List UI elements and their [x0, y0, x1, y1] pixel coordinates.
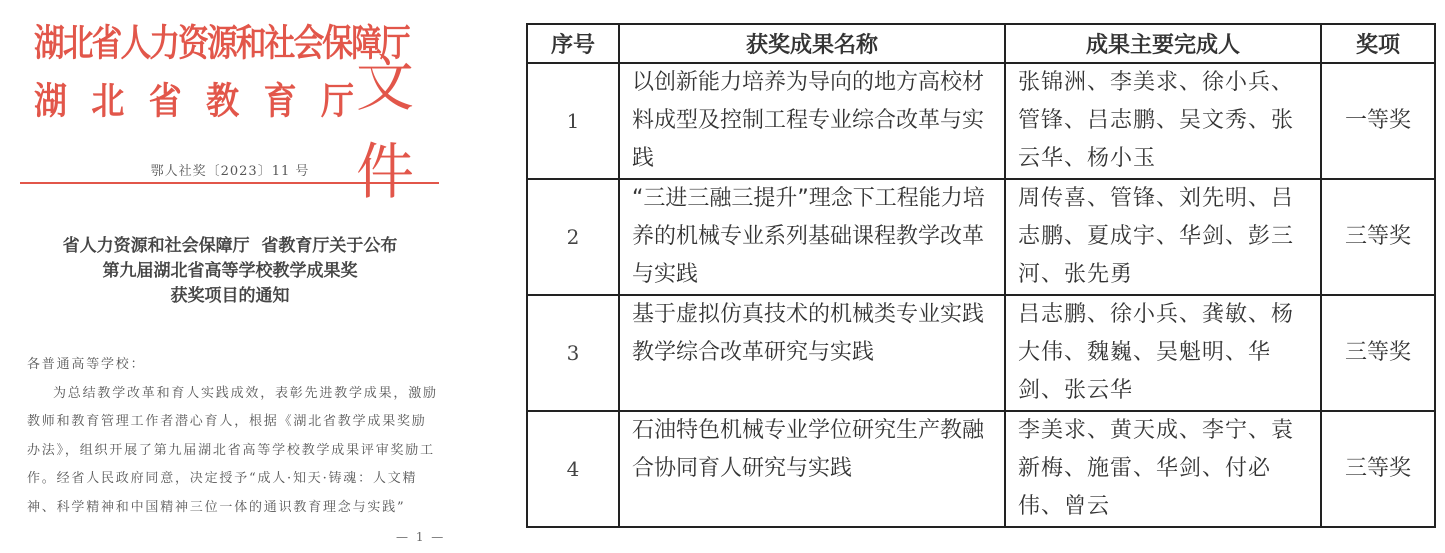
title-line: 省人力资源和社会保障厅 省教育厅关于公布: [0, 234, 460, 259]
header-index: 序号: [527, 24, 619, 63]
award-level: 三等奖: [1321, 295, 1435, 411]
main-contributors: 周传喜、管锋、刘先明、吕志鹏、夏成宇、华剑、彭三河、张先勇: [1005, 179, 1321, 295]
header-award: 奖项: [1321, 24, 1435, 63]
table-header-row: 序号 获奖成果名称 成果主要完成人 奖项: [527, 24, 1435, 63]
title-line: 获奖项目的通知: [0, 284, 460, 309]
issuer-char: 湖: [34, 72, 67, 125]
salutation: 各普通高等学校：: [27, 351, 439, 380]
header-achievement-name: 获奖成果名称: [619, 24, 1005, 63]
achievement-name: 以创新能力培养为导向的地方高校材料成型及控制工程专业综合改革与实践: [619, 63, 1005, 179]
document-number: 鄂人社奖〔2023〕11 号: [0, 160, 460, 179]
award-table: 序号 获奖成果名称 成果主要完成人 奖项 1 以创新能力培养为导向的地方高校材料…: [526, 23, 1436, 528]
main-contributors: 李美求、黄天成、李宁、袁新梅、施雷、华剑、付必伟、曾云: [1005, 411, 1321, 527]
body-paragraph: 为总结教学改革和育人实践成效，表彰先进教学成果，激励教师和教育管理工作者潜心育人…: [27, 380, 439, 523]
main-contributors: 吕志鹏、徐小兵、龚敏、杨大伟、魏巍、吴魁明、华剑、张云华: [1005, 295, 1321, 411]
row-index: 4: [527, 411, 619, 527]
issuer-char: 省: [149, 72, 182, 125]
table-row: 2 “三进三融三提升”理念下工程能力培养的机械专业系列基础课程教学改革与实践 周…: [527, 179, 1435, 295]
achievement-name: 基于虚拟仿真技术的机械类专业实践教学综合改革研究与实践: [619, 295, 1005, 411]
table-row: 4 石油特色机械专业学位研究生产教融合协同育人研究与实践 李美求、黄天成、李宁、…: [527, 411, 1435, 527]
row-index: 1: [527, 63, 619, 179]
issuer-education-department: 湖 北 省 教 育 厅: [34, 72, 354, 125]
title-line: 第九届湖北省高等学校教学成果奖: [0, 259, 460, 284]
achievement-name: “三进三融三提升”理念下工程能力培养的机械专业系列基础课程教学改革与实践: [619, 179, 1005, 295]
issuer-hr-department: 湖北省人力资源和社会保障厅: [34, 14, 409, 67]
row-index: 2: [527, 179, 619, 295]
issuer-char: 北: [91, 72, 124, 125]
document-page: 湖北省人力资源和社会保障厅 湖 北 省 教 育 厅 文件 鄂人社奖〔2023〕1…: [0, 0, 460, 553]
table-row: 1 以创新能力培养为导向的地方高校材料成型及控制工程专业综合改革与实践 张锦洲、…: [527, 63, 1435, 179]
document-title: 省人力资源和社会保障厅 省教育厅关于公布 第九届湖北省高等学校教学成果奖 获奖项…: [0, 234, 460, 309]
red-divider: [20, 182, 439, 184]
table-row: 3 基于虚拟仿真技术的机械类专业实践教学综合改革研究与实践 吕志鹏、徐小兵、龚敏…: [527, 295, 1435, 411]
page-number: — 1 —: [396, 530, 445, 544]
award-level: 三等奖: [1321, 179, 1435, 295]
award-level: 三等奖: [1321, 411, 1435, 527]
issuer-char: 教: [206, 72, 239, 125]
main-contributors: 张锦洲、李美求、徐小兵、管锋、吕志鹏、吴文秀、张云华、杨小玉: [1005, 63, 1321, 179]
document-body: 各普通高等学校： 为总结教学改革和育人实践成效，表彰先进教学成果，激励教师和教育…: [27, 351, 439, 522]
row-index: 3: [527, 295, 619, 411]
issuer-char: 厅: [321, 72, 354, 125]
issuer-char: 育: [264, 72, 297, 125]
award-level: 一等奖: [1321, 63, 1435, 179]
achievement-name: 石油特色机械专业学位研究生产教融合协同育人研究与实践: [619, 411, 1005, 527]
header-main-contributors: 成果主要完成人: [1005, 24, 1321, 63]
